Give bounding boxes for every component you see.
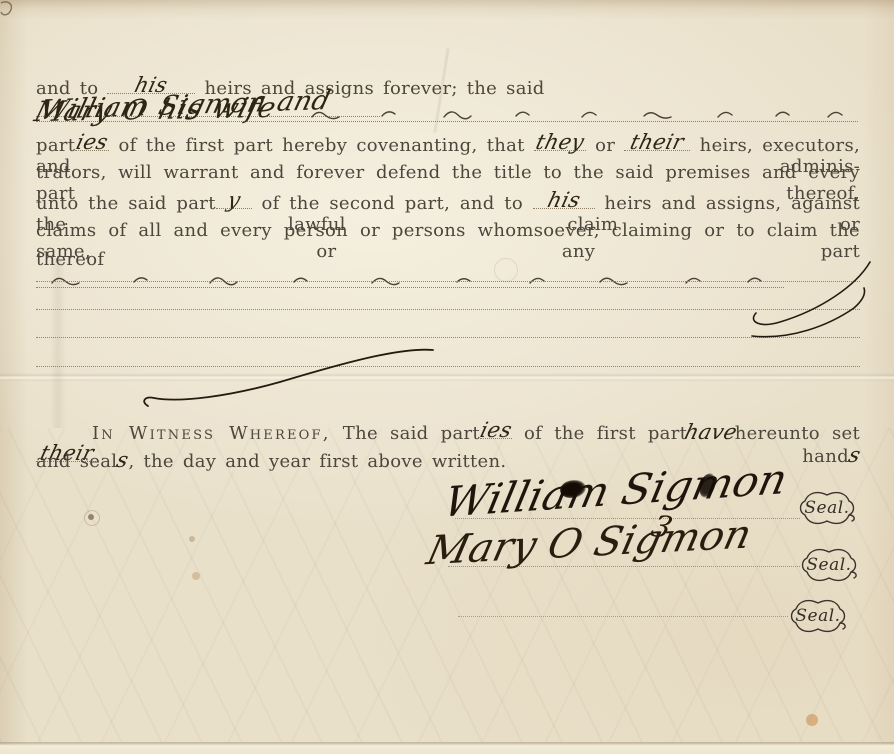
covenant-line-4: trators, will warrant and forever defend…	[36, 162, 860, 188]
witness-clause-line-1: In Witness Whereof, The said parties of …	[36, 421, 860, 447]
seal-ornament-3: Seal.	[786, 595, 850, 637]
witness-lead: In Witness Whereof,	[92, 423, 331, 444]
handwritten-have: have	[683, 422, 740, 443]
printed-text: or	[595, 135, 615, 156]
page-bottom-edge	[0, 742, 894, 754]
handwritten-his-2: his	[545, 190, 582, 211]
blank-y: y	[216, 191, 252, 209]
printed-text: hereunto set	[735, 423, 860, 444]
foxing-spot	[88, 514, 94, 520]
void-flourish-strokes	[0, 250, 894, 420]
seal-ornament-1: Seal.	[795, 487, 859, 529]
handwritten-y: y	[225, 190, 242, 211]
handwritten-ies-2: ies	[478, 420, 514, 441]
flourish-bottom-left	[144, 350, 433, 406]
printed-text: , the day and year first above written.	[128, 451, 506, 472]
blank-they: they	[534, 133, 586, 151]
blank-their: their	[624, 133, 690, 151]
blank-ies: ies	[75, 133, 109, 151]
foxing-spot	[189, 536, 195, 542]
blank-ies-2: ies	[480, 421, 512, 439]
foxing-spot	[192, 572, 200, 580]
printed-text: and seal	[36, 451, 117, 472]
printed-text: of the first part hereby covenanting, th…	[119, 135, 525, 156]
printed-text: unto the said part	[36, 193, 216, 214]
seal-label: Seal.	[806, 555, 851, 575]
flourish-middle-right	[752, 288, 865, 337]
handwritten-their: their	[628, 132, 686, 153]
handwritten-mary-o-his-wife: Mary O his wife	[31, 91, 280, 128]
printed-text: part	[36, 135, 75, 156]
printed-text: of the first part	[524, 423, 687, 444]
blank-his-2: his	[533, 191, 595, 209]
corner-curl-stroke	[1, 2, 11, 15]
seal-label: Seal.	[804, 498, 849, 518]
covenant-line-2: Mary O his wife	[36, 104, 860, 130]
handwritten-ies: ies	[74, 132, 110, 153]
covenant-line-6: claims of all and every person or person…	[36, 220, 860, 246]
page-corner-curl-mark	[0, 0, 20, 22]
deed-document-page: and to his heirs and assigns forever; th…	[0, 0, 894, 754]
signature-line-3	[458, 616, 788, 617]
flourish-top-right-curl	[753, 262, 870, 324]
covenant-line-5: unto the said party of the second part, …	[36, 191, 860, 217]
squiggle-stroke	[312, 112, 842, 119]
handwritten-they: they	[534, 132, 587, 153]
seal-label: Seal.	[795, 606, 840, 626]
foxing-spot	[806, 714, 818, 726]
printed-text: of the second part, and to	[261, 193, 523, 214]
pen-fill-squiggles	[304, 107, 856, 123]
covenant-line-3: parties of the first part hereby covenan…	[36, 133, 860, 159]
seal-ornament-2: Seal.	[797, 544, 861, 586]
blank-grantor-continued: Mary O his wife	[36, 104, 858, 122]
printed-text: The said part	[343, 423, 480, 444]
